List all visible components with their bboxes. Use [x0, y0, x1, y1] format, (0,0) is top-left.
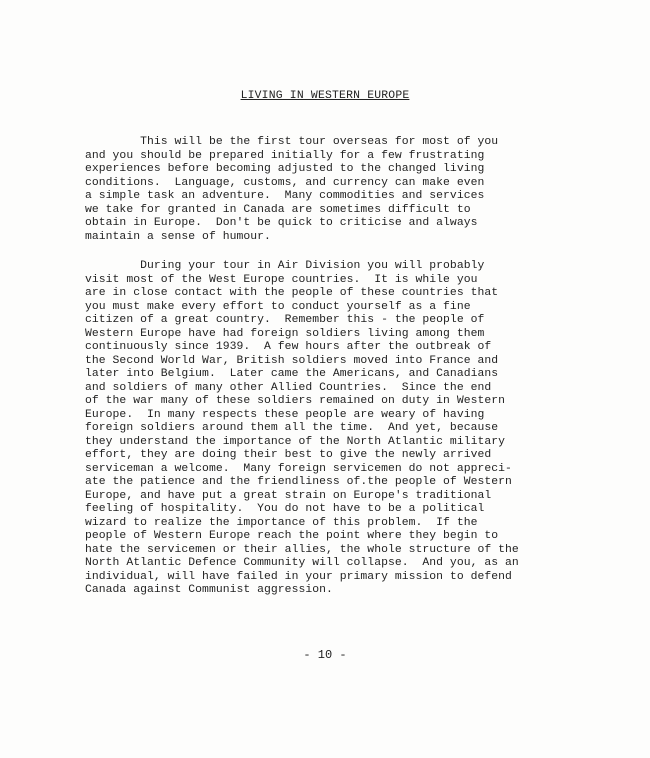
text-line: are in close contact with the people of … [85, 287, 545, 301]
text-line: citizen of a great country. Remember thi… [85, 314, 545, 328]
text-line: serviceman a welcome. Many foreign servi… [85, 463, 545, 477]
document-page: LIVING IN WESTERN EUROPE This will be th… [0, 0, 650, 758]
text-line: visit most of the West Europe countries.… [85, 274, 545, 288]
text-line: Canada against Communist aggression. [85, 584, 545, 598]
text-line: effort, they are doing their best to giv… [85, 449, 545, 463]
paragraph-1: This will be the first tour overseas for… [85, 136, 545, 244]
page-title-text: LIVING IN WESTERN EUROPE [241, 90, 410, 102]
paragraph-2: During your tour in Air Division you wil… [85, 260, 545, 598]
text-line: wizard to realize the importance of this… [85, 517, 545, 531]
page-title: LIVING IN WESTERN EUROPE [0, 90, 650, 102]
text-line: conditions. Language, customs, and curre… [85, 177, 545, 191]
text-line: the Second World War, British soldiers m… [85, 355, 545, 369]
text-line: continuously since 1939. A few hours aft… [85, 341, 545, 355]
text-line: you must make every effort to conduct yo… [85, 301, 545, 315]
text-line: North Atlantic Defence Community will co… [85, 557, 545, 571]
text-line: hate the servicemen or their allies, the… [85, 544, 545, 558]
text-line: During your tour in Air Division you wil… [85, 260, 545, 274]
text-line: feeling of hospitality. You do not have … [85, 503, 545, 517]
text-line: Europe, and have put a great strain on E… [85, 490, 545, 504]
text-line: foreign soldiers around them all the tim… [85, 422, 545, 436]
text-line: of the war many of these soldiers remain… [85, 395, 545, 409]
text-line: Europe. In many respects these people ar… [85, 409, 545, 423]
text-line: obtain in Europe. Don't be quick to crit… [85, 217, 545, 231]
text-line: maintain a sense of humour. [85, 231, 545, 245]
page-number: - 10 - [0, 648, 650, 662]
text-line: This will be the first tour overseas for… [85, 136, 545, 150]
text-line: they understand the importance of the No… [85, 436, 545, 450]
text-line: people of Western Europe reach the point… [85, 530, 545, 544]
text-line: we take for granted in Canada are someti… [85, 204, 545, 218]
text-line: and you should be prepared initially for… [85, 150, 545, 164]
text-line: and soldiers of many other Allied Countr… [85, 382, 545, 396]
text-line: Western Europe have had foreign soldiers… [85, 328, 545, 342]
text-line: individual, will have failed in your pri… [85, 571, 545, 585]
text-line: experiences before becoming adjusted to … [85, 163, 545, 177]
text-line: later into Belgium. Later came the Ameri… [85, 368, 545, 382]
text-line: ate the patience and the friendliness of… [85, 476, 545, 490]
text-line: a simple task an adventure. Many commodi… [85, 190, 545, 204]
